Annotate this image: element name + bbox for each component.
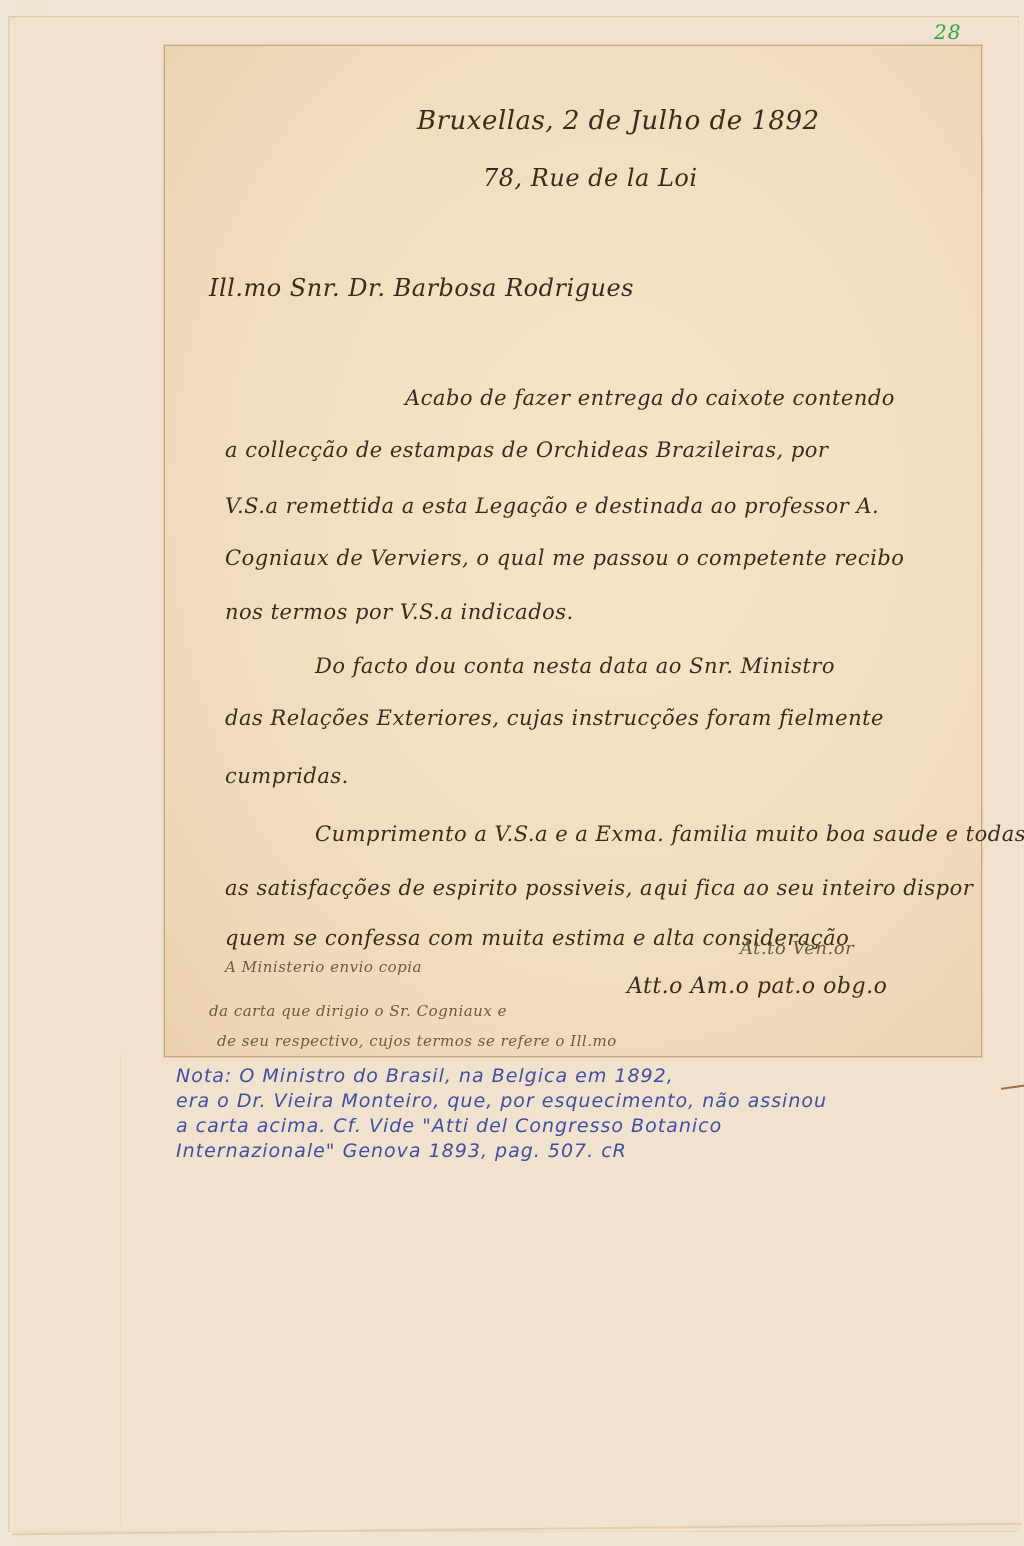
letter-address: 78, Rue de la Loi [483,164,698,192]
letter-body-line: Do facto dou conta nesta data ao Snr. Mi… [315,654,835,678]
top-sheet-edge [50,0,1024,16]
letter-body-line: V.S.a remettida a esta Legação e destina… [225,494,879,518]
letter-margin-note: de seu respectivo, cujos termos se refer… [217,1032,617,1050]
archival-note-line: Nota: O Ministro do Brasil, na Belgica e… [176,1064,996,1089]
letter-body-line: nos termos por V.S.a indicados. [225,600,574,624]
page-number: 28 [934,20,961,44]
letter-body-line: Acabo de fazer entrega do caixote conten… [405,386,895,410]
archival-note-line: era o Dr. Vieira Monteiro, que, por esqu… [176,1089,996,1114]
archival-note-line: a carta acima. Cf. Vide "Atti del Congre… [176,1114,996,1139]
letter-body-line: Cumprimento a V.S.a e a Exma. familia mu… [315,822,1024,846]
archival-note: Nota: O Ministro do Brasil, na Belgica e… [176,1064,996,1164]
letter-salutation: Ill.mo Snr. Dr. Barbosa Rodrigues [209,274,634,302]
letter-margin-note: da carta que dirigio o Sr. Cogniaux e [209,1002,507,1020]
letter-body-line: a collecção de estampas de Orchideas Bra… [225,438,828,462]
letter-margin-note: A Ministerio envio copia [225,958,422,976]
letter-body-line: as satisfacções de espirito possiveis, a… [225,876,973,900]
letter-signature: Att.o Am.o pat.o obg.o [627,974,887,999]
archival-note-line: Internazionale" Genova 1893, pag. 507. c… [176,1139,996,1164]
handwritten-letter: Bruxellas, 2 de Julho de 1892 78, Rue de… [164,45,982,1057]
letter-body-line: das Relações Exteriores, cujas instrucçõ… [225,706,884,730]
letter-body-line: cumpridas. [225,764,349,788]
sheet-fold-line [120,1055,121,1525]
letter-place-date: Bruxellas, 2 de Julho de 1892 [417,106,820,136]
letter-closing-abbreviation: At.to Ven.or [740,938,854,959]
letter-body-line: Cogniaux de Verviers, o qual me passou o… [225,546,904,570]
